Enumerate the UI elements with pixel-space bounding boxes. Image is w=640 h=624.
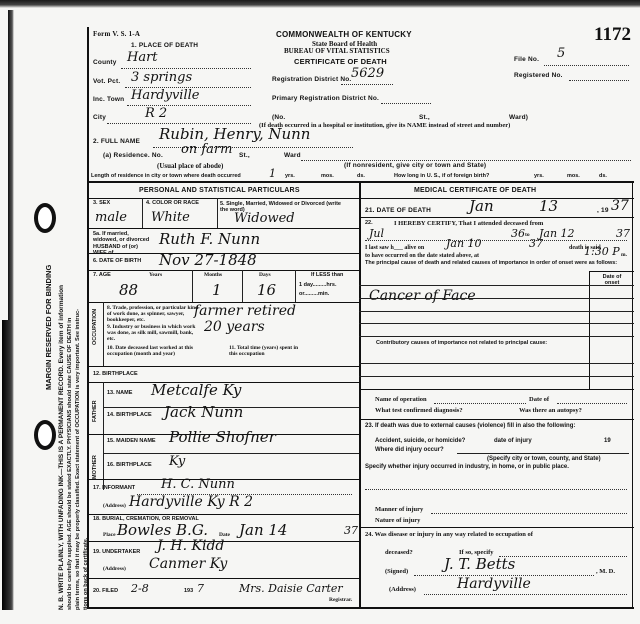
length-residence-label: Length of residence in city or town wher… bbox=[91, 174, 241, 180]
contributory-line-2 bbox=[359, 376, 634, 377]
manner-line bbox=[431, 513, 627, 514]
divider bbox=[89, 228, 359, 229]
ward-label: Ward) bbox=[509, 115, 528, 122]
test-label: What test confirmed diagnosis? bbox=[375, 408, 463, 415]
residence-st-label: St., bbox=[239, 153, 250, 160]
where-line bbox=[457, 453, 629, 454]
divider bbox=[359, 527, 634, 528]
cause-line-4 bbox=[359, 323, 634, 324]
cause-value: Cancer of Face bbox=[369, 289, 476, 303]
cause-line-3 bbox=[359, 311, 634, 312]
city-label: City bbox=[93, 115, 106, 122]
filed-year-prefix: 193 bbox=[184, 589, 193, 595]
mother-side-label: MOTHER bbox=[92, 455, 98, 479]
mother-birthplace-value: Ky bbox=[169, 455, 185, 468]
less-than-label: If LESS than bbox=[311, 273, 343, 279]
divider-main-top bbox=[89, 181, 634, 183]
medical-section-title: MEDICAL CERTIFICATE OF DEATH bbox=[414, 187, 536, 194]
onset-column-divider bbox=[589, 271, 590, 389]
undertaker-label: 19. UNDERTAKER bbox=[93, 550, 140, 556]
marital-value: Widowed bbox=[234, 212, 295, 225]
specify-whether-note: Specify whether injury occurred in indus… bbox=[365, 464, 627, 471]
form-id: Form V. S. 1-A bbox=[93, 31, 140, 38]
principal-cause-text: The principal cause of death and related… bbox=[365, 260, 627, 266]
death-day-value: 13 bbox=[539, 199, 558, 214]
attended-to-year: 37 bbox=[616, 228, 630, 239]
less-min-label: or.........min. bbox=[299, 292, 329, 298]
divider bbox=[589, 271, 634, 272]
divider bbox=[89, 578, 359, 579]
father-name-value: Metcalfe Ky bbox=[151, 383, 241, 398]
burial-place-value: Bowles B.G. bbox=[117, 523, 208, 538]
place-line bbox=[365, 489, 627, 490]
divider bbox=[89, 366, 359, 367]
attended-line bbox=[365, 240, 627, 241]
header-certificate: CERTIFICATE OF DEATH bbox=[294, 58, 387, 66]
county-value: Hart bbox=[127, 51, 158, 64]
burial-date-value: Jan 14 bbox=[239, 523, 287, 538]
punch-hole-bottom bbox=[34, 420, 56, 450]
physician-address-value: Hardyville bbox=[457, 577, 531, 591]
death-certificate-form: Form V. S. 1-A 1. PLACE OF DEATH County … bbox=[87, 27, 634, 609]
dob-value: Nov 27-1848 bbox=[159, 253, 257, 268]
death-year-prefix: , 19 bbox=[597, 208, 609, 215]
foreign-yrs-label: yrs. bbox=[534, 174, 544, 180]
registrar-label: Registrar. bbox=[329, 598, 352, 604]
full-name-label: 2. FULL NAME bbox=[93, 139, 140, 146]
filed-label: 20. FILED bbox=[93, 589, 118, 595]
birthplace-label: 12. BIRTHPLACE bbox=[93, 372, 138, 378]
nonresident-note: (If nonresident, give city or town and S… bbox=[344, 163, 486, 170]
informant-value: H. C. Nunn bbox=[161, 478, 235, 491]
attended-from-year: 36 bbox=[511, 228, 525, 239]
occupation-side-label: OCCUPATION bbox=[92, 309, 98, 345]
city-line bbox=[107, 123, 251, 124]
specify-city-note: (Specify city or town, county, and State… bbox=[487, 456, 601, 462]
file-no-value: 5 bbox=[557, 47, 565, 60]
divider bbox=[89, 270, 359, 271]
manner-label: Manner of injury bbox=[375, 507, 423, 514]
place-of-death-heading: 1. PLACE OF DEATH bbox=[131, 43, 198, 50]
residence-label: (a) Residence. No. bbox=[103, 153, 163, 160]
age-years-label: Years bbox=[149, 273, 162, 279]
divider bbox=[217, 198, 218, 228]
primary-district-label: Primary Registration District No. bbox=[272, 96, 379, 103]
no-label: (No. bbox=[272, 115, 285, 122]
file-no-line bbox=[544, 65, 629, 66]
injury-year-prefix: 19 bbox=[604, 438, 611, 444]
divider bbox=[103, 302, 104, 366]
industry-value: 20 years bbox=[204, 320, 265, 334]
operation-line bbox=[434, 403, 526, 404]
full-name-value: Rubin, Henry, Nunn bbox=[159, 127, 310, 142]
informant-address-value: Hardyville Ky R 2 bbox=[129, 495, 253, 509]
undertaker-address-label: (Address) bbox=[103, 567, 126, 573]
trade-label: 8. Trade, profession, or particular kind… bbox=[107, 305, 202, 323]
vot-pct-value: 3 springs bbox=[131, 71, 192, 84]
county-label: County bbox=[93, 60, 117, 67]
total-time-label: 11. Total time (years) spent in this occ… bbox=[229, 345, 299, 357]
sex-value: male bbox=[95, 211, 127, 224]
margin-instruction-3: plain terms, so that it may be properly … bbox=[75, 309, 81, 610]
undertaker-address-value: Canmer Ky bbox=[149, 557, 227, 571]
residence-ward-label: Ward bbox=[284, 153, 301, 160]
divider bbox=[89, 198, 359, 199]
yrs-label: yrs. bbox=[285, 174, 295, 180]
m-label: m. bbox=[621, 253, 627, 259]
registered-no-line bbox=[569, 80, 629, 81]
header-commonwealth: COMMONWEALTH OF KENTUCKY bbox=[276, 31, 412, 39]
age-days-label: Days bbox=[259, 273, 271, 279]
father-birthplace-label: 14. BIRTHPLACE bbox=[107, 413, 152, 419]
age-days-value: 16 bbox=[257, 283, 276, 298]
st-label: St., bbox=[419, 115, 430, 122]
nature-label: Nature of injury bbox=[375, 518, 420, 525]
undertaker-value: J. H. Kidd bbox=[157, 539, 224, 553]
divider bbox=[89, 514, 359, 515]
divider bbox=[359, 217, 634, 218]
divider-right bbox=[632, 181, 633, 609]
informant-label: 17. INFORMANT bbox=[93, 486, 135, 492]
scan-edge-left-dark bbox=[2, 320, 10, 610]
mother-maiden-label: 15. MAIDEN NAME bbox=[107, 439, 156, 445]
dob-label: 6. DATE OF BIRTH bbox=[93, 259, 141, 265]
date-of-line bbox=[557, 403, 627, 404]
age-years-value: 88 bbox=[119, 283, 138, 298]
occurred-text: to have occurred on the date stated abov… bbox=[365, 253, 479, 259]
autopsy-label: Was there an autopsy? bbox=[519, 408, 582, 415]
age-months-value: 1 bbox=[212, 283, 222, 298]
divider bbox=[295, 270, 296, 302]
attended-from-value: Jul bbox=[369, 228, 384, 239]
deceased-label: deceased? bbox=[385, 550, 413, 557]
attended-to-value: Jan 12 bbox=[539, 228, 575, 239]
burial-year-value: 37 bbox=[344, 525, 358, 536]
if-so-line bbox=[499, 556, 627, 557]
last-saw-value: Jan 10 bbox=[446, 238, 482, 249]
accident-label: Accident, suicide, or homicide? bbox=[375, 438, 465, 444]
cause-line-5 bbox=[359, 336, 634, 337]
district-line bbox=[341, 84, 393, 85]
residence-value: on farm bbox=[181, 143, 232, 156]
divider-bottom bbox=[89, 607, 634, 609]
divider bbox=[359, 419, 634, 420]
foreign-birth-label: How long in U. S., if of foreign birth? bbox=[394, 174, 489, 180]
ds-label: ds. bbox=[357, 174, 365, 180]
mos-label: mos. bbox=[321, 174, 334, 180]
race-label: 4. COLOR OR RACE bbox=[146, 201, 199, 207]
informant-address-label: (Address) bbox=[103, 504, 126, 510]
less-day-label: 1 day.........hrs. bbox=[299, 283, 337, 289]
burial-place-label: Place bbox=[103, 533, 116, 539]
where-injury-label: Where did injury occur? bbox=[375, 447, 444, 453]
operation-label: Name of operation bbox=[375, 397, 427, 404]
physician-address-label: (Address) bbox=[389, 587, 416, 594]
date-of-death-label: 21. DATE OF DEATH bbox=[365, 208, 431, 215]
mother-maiden-value: Pollie Shofner bbox=[169, 430, 276, 445]
death-month-value: Jan bbox=[469, 199, 494, 214]
registered-no-label: Registered No. bbox=[514, 73, 563, 80]
father-birthplace-value: Jack Nunn bbox=[164, 405, 243, 420]
divider bbox=[359, 389, 634, 390]
occupation-question: 24. Was disease or injury in any way rel… bbox=[365, 532, 533, 539]
file-no-label: File No. bbox=[514, 57, 539, 64]
father-name-label: 13. NAME bbox=[107, 391, 132, 397]
md-label: , M. D. bbox=[596, 569, 615, 576]
contributory-line-1 bbox=[359, 363, 634, 364]
filed-date-value: 2-8 bbox=[131, 583, 149, 594]
last-saw-year: 37 bbox=[529, 238, 543, 249]
spouse-value: Ruth F. Nunn bbox=[159, 232, 260, 247]
stamp-number: 1172 bbox=[594, 25, 631, 44]
trade-value: farmer retired bbox=[194, 304, 296, 318]
primary-district-line bbox=[381, 103, 431, 104]
divider bbox=[242, 270, 243, 302]
cause-line-2 bbox=[359, 298, 634, 299]
divider bbox=[192, 270, 193, 302]
inc-town-value: Hardyville bbox=[131, 89, 199, 102]
physician-signature: J. T. Betts bbox=[444, 557, 515, 572]
city-value: R 2 bbox=[145, 107, 167, 120]
foreign-mos-label: mos. bbox=[567, 174, 580, 180]
registration-district-value: 5629 bbox=[351, 67, 384, 80]
mother-birthplace-label: 16. BIRTHPLACE bbox=[107, 463, 152, 469]
death-year-value: 37 bbox=[611, 199, 629, 213]
divider-center bbox=[359, 181, 361, 609]
signed-label: (Signed) bbox=[385, 569, 408, 576]
scan-edge-top bbox=[0, 0, 640, 8]
margin-instruction-1: N. B. WRITE PLAINLY, WITH UNFADING INK—T… bbox=[58, 285, 65, 610]
length-residence-yrs: 1 bbox=[269, 168, 276, 179]
binding-margin: MARGIN RESERVED FOR BINDING N. B. WRITE … bbox=[14, 40, 84, 610]
cause-line-1 bbox=[359, 285, 634, 286]
father-side-label: FATHER bbox=[92, 400, 98, 422]
certify-number: 22. bbox=[365, 221, 373, 227]
usual-place-note: (Usual place of abode) bbox=[157, 163, 223, 170]
foreign-ds-label: ds. bbox=[599, 174, 607, 180]
margin-reserved-text: MARGIN RESERVED FOR BINDING bbox=[44, 265, 53, 390]
time-value: 1:30 P bbox=[584, 246, 620, 257]
sex-label: 3. SEX bbox=[93, 201, 110, 207]
date-injury-label: date of injury bbox=[494, 438, 532, 444]
contributory-label: Contributory causes of importance not re… bbox=[376, 340, 576, 346]
header-bureau: BUREAU OF VITAL STATISTICS bbox=[284, 48, 390, 55]
filed-year-value: 7 bbox=[197, 583, 204, 594]
date-of-label: Date of bbox=[529, 397, 549, 404]
divider bbox=[103, 382, 104, 490]
external-causes-label: 23. If death was due to external causes … bbox=[365, 423, 627, 430]
address-line bbox=[424, 594, 627, 595]
race-value: White bbox=[151, 211, 190, 224]
margin-instruction-2: should be carefully supplied. AGE should… bbox=[67, 318, 73, 610]
punch-hole-top bbox=[34, 203, 56, 233]
registrar-value: Mrs. Daisie Carter bbox=[239, 583, 343, 594]
vot-pct-label: Vot. Pct. bbox=[93, 79, 120, 86]
divider bbox=[359, 198, 634, 199]
ward-line bbox=[301, 160, 631, 161]
industry-label: 9. Industry or business in which work wa… bbox=[107, 324, 202, 342]
registration-district-label: Registration District No. bbox=[272, 77, 351, 84]
divider bbox=[142, 198, 143, 228]
divider bbox=[103, 453, 359, 454]
last-saw-label: I last saw h___ alive on bbox=[365, 245, 424, 251]
inc-town-label: Inc. Town bbox=[93, 97, 124, 104]
personal-section-title: PERSONAL AND STATISTICAL PARTICULARS bbox=[139, 187, 300, 194]
county-line bbox=[121, 68, 251, 69]
age-label: 7. AGE bbox=[93, 273, 111, 279]
last-worked-label: 10. Date deceased last worked at this oc… bbox=[107, 345, 202, 357]
age-months-label: Months bbox=[204, 273, 222, 279]
